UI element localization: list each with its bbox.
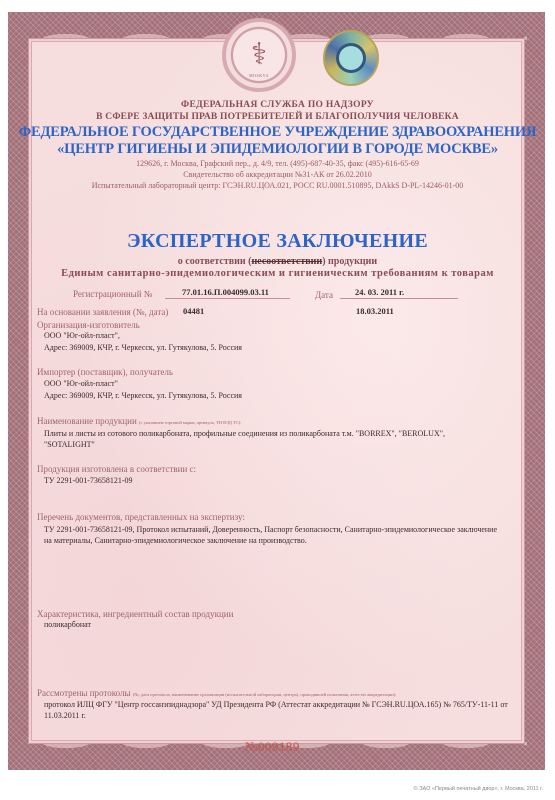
- document-subtitle: о соответствии (несоответствии) продукци…: [0, 256, 555, 267]
- manufacturer-name: ООО "Юг-ойл-пласт",: [44, 331, 120, 340]
- manufacturer-address: Адрес: 369009, КЧР, г. Черкесск, ул. Гут…: [44, 343, 242, 352]
- registration-number-value: 77.01.16.П.004099.03.11: [182, 287, 269, 297]
- institution-line-2: «ЦЕНТР ГИГИЕНЫ И ЭПИДЕМИОЛОГИИ В ГОРОДЕ …: [0, 141, 555, 158]
- product-name: Плиты и листы из сотового поликарбоната,…: [44, 428, 494, 450]
- date-label: Дата: [315, 290, 333, 300]
- subtitle-suffix: ) продукции: [322, 256, 377, 267]
- product-label-note: (с указанием торговой марки, артикула, Т…: [139, 420, 241, 425]
- importer-label: Импортер (поставщик), получатель: [37, 367, 173, 377]
- subtitle-struck-word: несоответствии: [252, 256, 323, 267]
- protocols-label-note: (№, дата протокола, наименование организ…: [133, 692, 397, 697]
- registration-number-label: Регистрационный №: [73, 289, 152, 299]
- documents-label: Перечень документов, представленных на э…: [37, 512, 245, 522]
- importer-name: ООО "Юг-ойл-пласт": [44, 379, 118, 388]
- hologram-seal-icon: [323, 30, 379, 86]
- agency-line-1: ФЕДЕРАЛЬНАЯ СЛУЖБА ПО НАДЗОРУ: [0, 100, 555, 110]
- institution-line-1: ФЕДЕРАЛЬНОЕ ГОСУДАРСТВЕННОЕ УЧРЕЖДЕНИЕ З…: [0, 124, 555, 141]
- composition-label: Характеристика, ингредиентный состав про…: [37, 609, 233, 619]
- product-label: Наименование продукции (с указанием торг…: [37, 416, 241, 426]
- application-basis-label: На основании заявления (№, дата): [37, 307, 168, 317]
- hologram-globe-icon: [339, 46, 363, 70]
- registration-underline: [165, 298, 290, 299]
- subtitle-prefix: о соответствии (: [178, 256, 252, 267]
- documents-list: ТУ 2291-001-73658121-09, Протокол испыта…: [44, 524, 499, 546]
- caduceus-icon: ⚕: [251, 40, 267, 70]
- importer-address: Адрес: 369009, КЧР, г. Черкесск, ул. Гут…: [44, 391, 242, 400]
- medical-emblem-icon: ⚕ MOSKVA: [222, 18, 296, 92]
- date-underline: [340, 298, 458, 299]
- printer-imprint: © ЗАО «Первый печатный двор», г. Москва,…: [414, 786, 543, 792]
- accreditation-certificate: Свидетельство об аккредитации №31-АК от …: [0, 170, 555, 179]
- composition-value: поликарбонат: [44, 620, 91, 629]
- protocols-label: Рассмотрены протоколы (№, дата протокола…: [37, 688, 396, 698]
- serial-number: №009189: [245, 739, 300, 755]
- document-title: ЭКСПЕРТНОЕ ЗАКЛЮЧЕНИЕ: [0, 230, 555, 253]
- institution-address: 129626, г. Москва, Графский пер., д. 4/9…: [0, 159, 555, 168]
- product-label-text: Наименование продукции: [37, 416, 137, 426]
- application-number: 04481: [183, 306, 204, 316]
- document-subtitle-line-2: Единым санитарно-эпидемиологическим и ги…: [0, 268, 555, 279]
- standard-label: Продукция изготовлена в соответствии с:: [37, 464, 196, 474]
- protocols-text: протокол ИЛЦ ФГУ "Центр госсанэпиднадзор…: [44, 699, 509, 721]
- protocols-label-text: Рассмотрены протоколы: [37, 688, 131, 698]
- emblem-caption: MOSKVA: [249, 73, 269, 78]
- application-date: 18.03.2011: [356, 306, 394, 316]
- manufacturer-label: Организация-изготовитель: [37, 320, 140, 330]
- standard-value: ТУ 2291-001-73658121-09: [44, 476, 133, 485]
- lab-center: Испытательный лабораторный центр: ГСЭН.R…: [0, 181, 555, 190]
- date-value: 24. 03. 2011 г.: [355, 287, 404, 297]
- agency-line-2: В СФЕРЕ ЗАЩИТЫ ПРАВ ПОТРЕБИТЕЛЕЙ И БЛАГО…: [0, 112, 555, 122]
